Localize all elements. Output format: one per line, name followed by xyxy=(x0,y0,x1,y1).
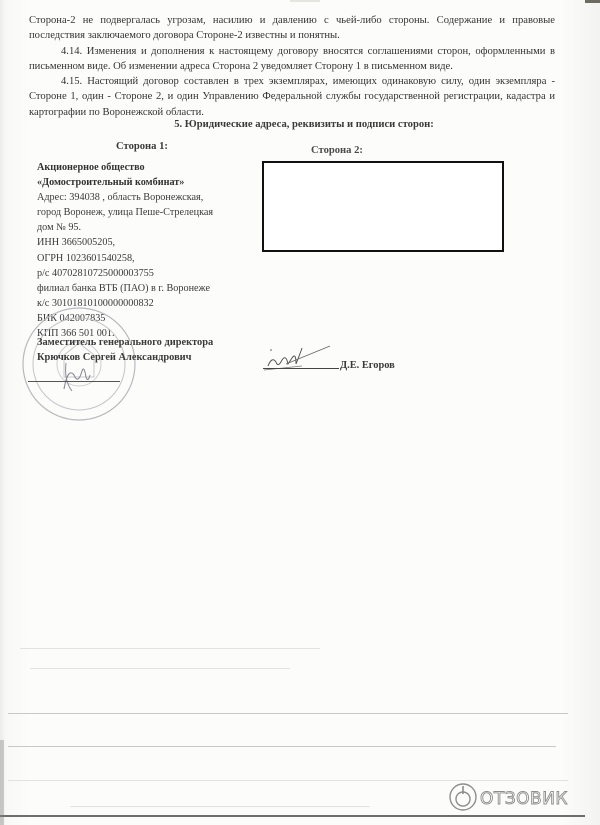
bleed-through-line xyxy=(8,746,556,747)
party2-redaction-box xyxy=(262,161,504,252)
clause-number: 4.14. xyxy=(61,46,82,57)
party1-bank: филиал банка ВТБ (ПАО) в г. Воронеже xyxy=(37,281,267,296)
scan-bottom-edge xyxy=(0,815,585,817)
clause-4-14-text: Изменения и дополнения к настоящему дого… xyxy=(29,46,555,72)
party1-address-line: дом № 95. xyxy=(37,220,267,235)
party1-address-line: Адрес: 394038 , область Воронежская, xyxy=(37,190,267,205)
party1-ogrn: ОГРН 1023601540258, xyxy=(37,251,267,266)
party1-signature-line xyxy=(28,381,120,382)
paragraph-continuation: Сторона-2 не подвергалась угрозам, насил… xyxy=(29,15,555,41)
watermark-text: ОТЗОВИК xyxy=(480,789,568,809)
party1-signatory: Заместитель генерального директора Крючк… xyxy=(37,335,257,365)
party1-address-line: город Воронеж, улица Пеше-Стрелецкая xyxy=(37,205,267,220)
bleed-through-line xyxy=(70,806,370,807)
bleed-through-line xyxy=(30,668,290,669)
clause-4-15-text: Настоящий договор составлен в трех экзем… xyxy=(29,76,555,118)
party1-org-name: «Домостроительный комбинат» xyxy=(37,175,267,190)
otzovik-watermark-icon: ОТЗОВИК xyxy=(448,782,588,812)
party1-signatory-title: Заместитель генерального директора xyxy=(37,335,257,350)
party1-account: р/с 40702810725000003755 xyxy=(37,266,267,281)
party2-signature-line xyxy=(263,368,339,369)
section-heading-text: 5. Юридические адреса, реквизиты и подпи… xyxy=(174,119,434,130)
bleed-through-line xyxy=(8,713,568,714)
party2-signatory-name: Д.Е. Егоров xyxy=(340,360,395,371)
scan-smudge xyxy=(290,0,320,2)
party1-inn: ИНН 3665005205, xyxy=(37,235,267,250)
party2-label: Сторона 2: xyxy=(311,145,363,156)
party2-signature-icon xyxy=(262,342,332,374)
section-heading: 5. Юридические адреса, реквизиты и подпи… xyxy=(0,119,600,130)
party1-org-type: Акционерное общество xyxy=(37,160,267,175)
scan-edge-mark xyxy=(585,0,600,3)
bleed-through-line xyxy=(20,648,320,649)
clause-number: 4.15. xyxy=(61,76,82,87)
bleed-through-line xyxy=(8,780,568,781)
contract-clauses: Сторона-2 не подвергалась угрозам, насил… xyxy=(29,13,555,120)
party1-label: Сторона 1: xyxy=(116,141,168,152)
party1-signatory-name: Крючков Сергей Александрович xyxy=(37,350,257,365)
scan-left-shadow xyxy=(0,740,4,825)
